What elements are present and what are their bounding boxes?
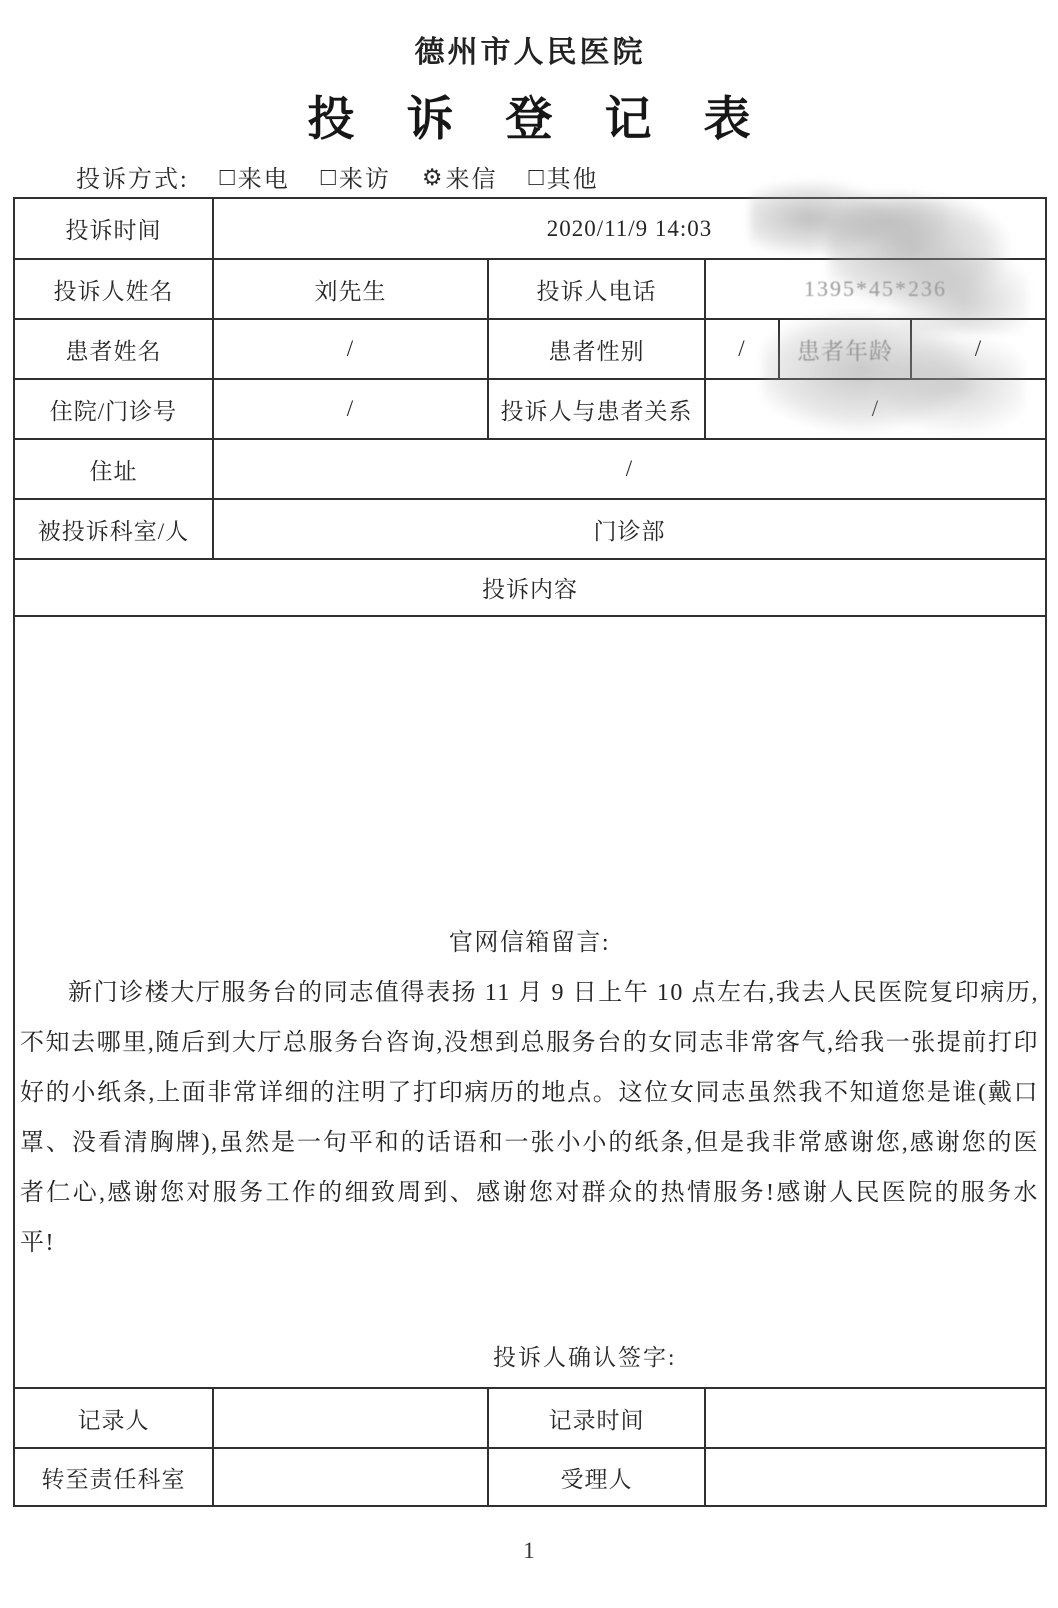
complaint-time-label: 投诉时间 (14, 198, 213, 259)
complaint-registration-form-scan: 德州市人民医院 投诉登记表 投诉方式: □ 来电 □ 来访 ⚙ 来信 □ 其他 … (0, 0, 1058, 1608)
patient-name-value: / (213, 319, 488, 379)
complainant-phone-value: 1395*45*236 (705, 259, 1046, 319)
complaint-content-header: 投诉内容 (14, 559, 1046, 616)
patient-age-label-text: 患者年龄 (797, 339, 893, 364)
complaint-time-value: 2020/11/9 14:03 (213, 198, 1046, 259)
complained-dept-label: 被投诉科室/人 (14, 499, 213, 559)
method-option-letter-checked: ⚙ 来信 (422, 159, 498, 194)
method-option-other: □ 其他 (529, 159, 599, 194)
admission-no-value: / (213, 379, 488, 439)
method-option-label: 来信 (446, 159, 498, 194)
page-number: 1 (0, 1538, 1058, 1564)
method-option-phone: □ 来电 (220, 159, 290, 194)
recorder-label: 记录人 (14, 1388, 213, 1448)
address-label: 住址 (14, 439, 213, 499)
patient-gender-label: 患者性别 (488, 319, 705, 379)
patient-age-label: 患者年龄 (779, 319, 911, 379)
content-paragraph: 新门诊楼大厅服务台的同志值得表扬 11 月 9 日上午 10 点左右,我去人民医… (20, 968, 1039, 1268)
method-option-label: 来访 (339, 159, 391, 194)
transfer-dept-value (213, 1448, 488, 1506)
address-value: / (213, 439, 1046, 499)
patient-age-value: / (911, 319, 1046, 379)
complainant-name-value: 刘先生 (213, 259, 488, 319)
hospital-name: 德州市人民医院 (30, 27, 1030, 71)
method-option-visit: □ 来访 (321, 159, 391, 194)
patient-name-label: 患者姓名 (14, 319, 213, 379)
complainant-name-label: 投诉人姓名 (14, 259, 213, 319)
relationship-label: 投诉人与患者关系 (488, 379, 705, 439)
complainant-phone-label: 投诉人电话 (488, 259, 705, 319)
gear-check-icon: ⚙ (422, 166, 443, 189)
checkbox-unchecked-icon: □ (220, 165, 235, 190)
content-source-line: 官网信箱留言: (20, 918, 1039, 968)
patient-gender-value: / (705, 319, 779, 379)
complaint-method-label: 投诉方式: (76, 159, 189, 194)
admission-no-label: 住院/门诊号 (14, 379, 213, 439)
handler-label: 受理人 (488, 1448, 705, 1506)
method-option-label: 来电 (238, 159, 290, 194)
transfer-dept-label: 转至责任科室 (14, 1448, 213, 1506)
form-title: 投诉登记表 (0, 82, 1058, 149)
complainant-signature-label: 投诉人确认签字: (493, 1339, 676, 1372)
method-option-label: 其他 (547, 159, 599, 194)
complaint-method-line: 投诉方式: □ 来电 □ 来访 ⚙ 来信 □ 其他 (76, 159, 599, 194)
complaint-content-text: 官网信箱留言: 新门诊楼大厅服务台的同志值得表扬 11 月 9 日上午 10 点… (15, 737, 1045, 1268)
redacted-phone-number: 1395*45*236 (804, 276, 947, 301)
relationship-value: / (705, 379, 1046, 439)
complaint-form-table: 投诉时间 2020/11/9 14:03 投诉人姓名 刘先生 投诉人电话 139… (13, 197, 1047, 1507)
record-time-label: 记录时间 (488, 1388, 705, 1448)
recorder-value (213, 1388, 488, 1448)
record-time-value (705, 1388, 1046, 1448)
complaint-content-cell: 官网信箱留言: 新门诊楼大厅服务台的同志值得表扬 11 月 9 日上午 10 点… (14, 616, 1046, 1388)
checkbox-unchecked-icon: □ (529, 165, 544, 190)
complained-dept-value: 门诊部 (213, 499, 1046, 559)
checkbox-unchecked-icon: □ (321, 165, 336, 190)
handler-value (705, 1448, 1046, 1506)
